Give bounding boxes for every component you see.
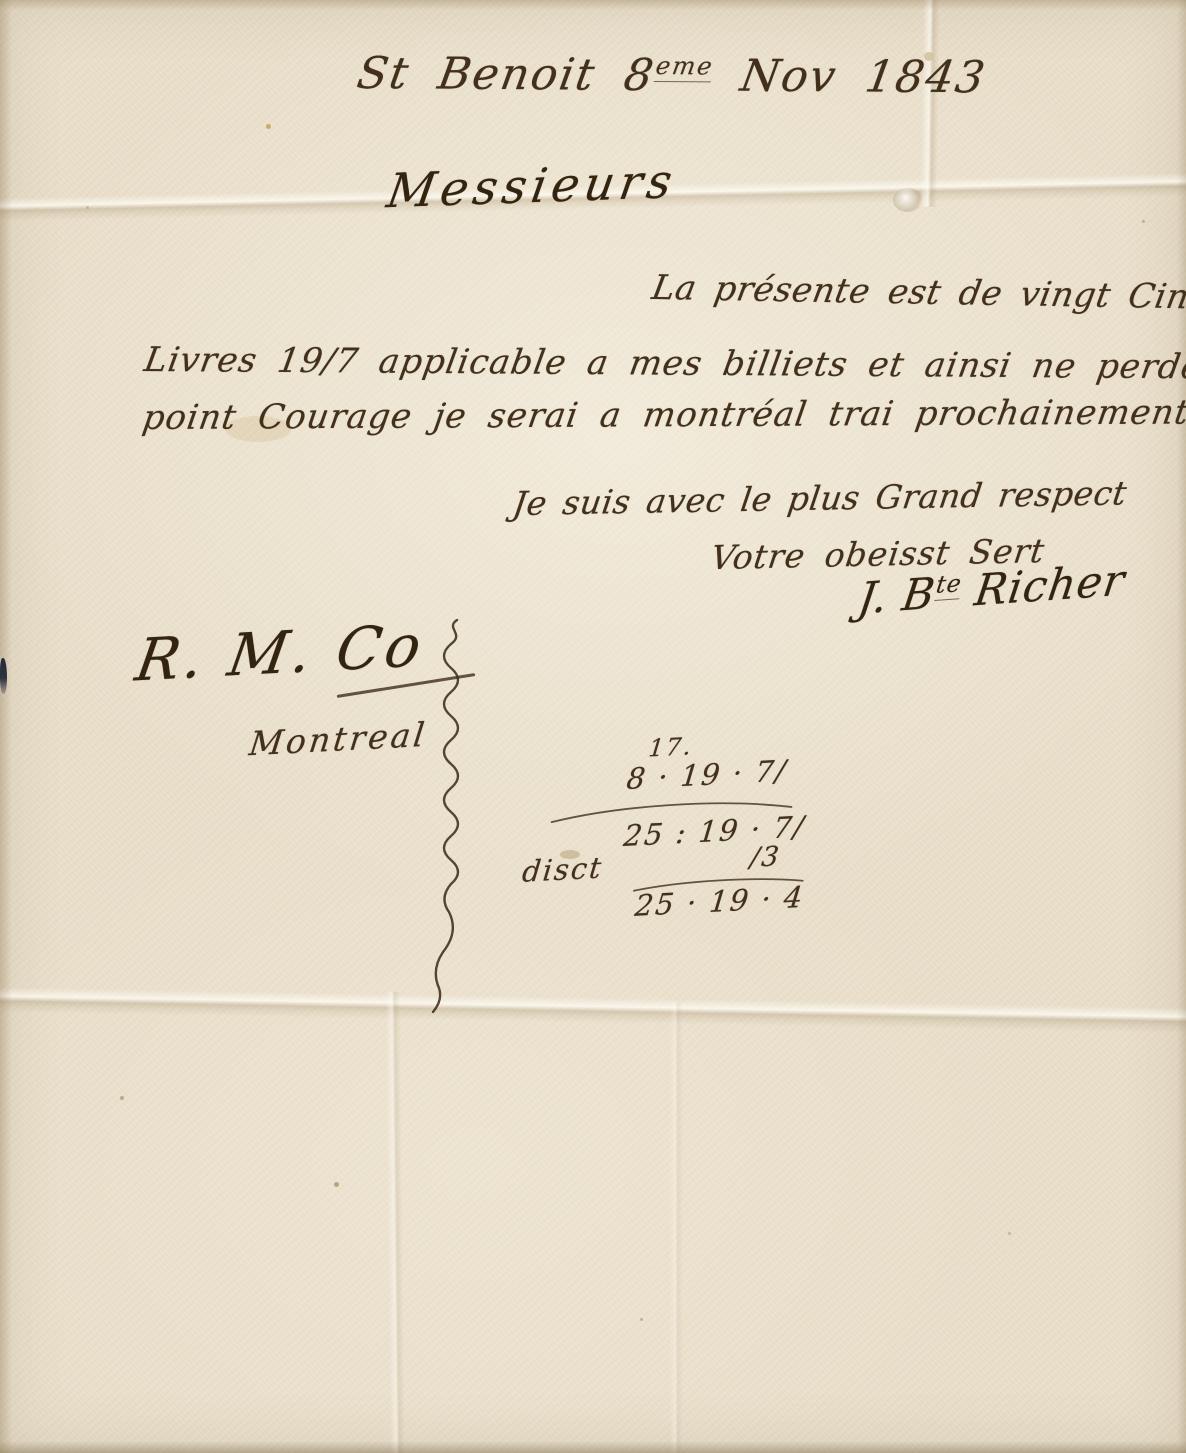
closing-line-1: Je suis avec le plus Grand respect xyxy=(511,473,1130,523)
scan-edge-left xyxy=(0,0,12,1453)
fold-crease-vertical-bottom-center xyxy=(668,1002,684,1453)
docket-addressee-name: R. M. Co xyxy=(131,611,430,695)
signature-initials: J. B xyxy=(855,569,939,625)
dateline: St Benoit 8eme Nov 1843 xyxy=(354,48,991,103)
paper-speck xyxy=(640,1318,643,1321)
body-line-2: Livres 19/7 applicable a mes billiets et… xyxy=(141,340,1186,387)
paper-speck xyxy=(1142,220,1145,223)
fold-crease-bottom xyxy=(0,983,1186,1035)
calc-discount-fraction: /3 xyxy=(749,841,783,874)
letter-scan: St Benoit 8eme Nov 1843 Messieurs La pré… xyxy=(0,0,1186,1453)
signature-surname: Richer xyxy=(957,555,1128,617)
fold-crease-vertical-bottom-left xyxy=(384,992,407,1453)
dateline-superscript: eme xyxy=(653,52,716,82)
paper-dimple xyxy=(893,188,923,212)
calculation-block: 17. 8 · 19 · 7/ 25 : 19 · 7/ /3 disct 25… xyxy=(522,731,826,948)
fold-crease-vertical-top-right xyxy=(919,0,942,207)
paper-speck xyxy=(120,1096,124,1100)
account-squiggle-line xyxy=(405,618,501,1018)
scan-edge-bottom xyxy=(0,1441,1186,1453)
calc-discount-label: disct xyxy=(521,850,605,888)
paper-speck xyxy=(334,1182,339,1187)
calc-line-2: 8 · 19 · 7/ xyxy=(625,753,789,796)
paper-speck xyxy=(1008,1232,1011,1235)
dateline-month-year: Nov 1843 xyxy=(708,50,990,103)
ink-smudge xyxy=(0,658,7,694)
body-line-1: La présente est de vingt Cinqs xyxy=(649,268,1186,318)
salutation: Messieurs xyxy=(383,154,680,219)
docket-addressee-place: Montreal xyxy=(247,715,429,764)
dateline-place-day: St Benoit 8 xyxy=(354,48,659,101)
scan-edge-top xyxy=(0,0,1186,10)
body-line-3: point Courage je serai a montréal trai p… xyxy=(140,393,1186,439)
paper-speck xyxy=(266,124,271,129)
scan-edge-right xyxy=(1177,0,1186,1453)
paper-speck xyxy=(86,206,89,209)
